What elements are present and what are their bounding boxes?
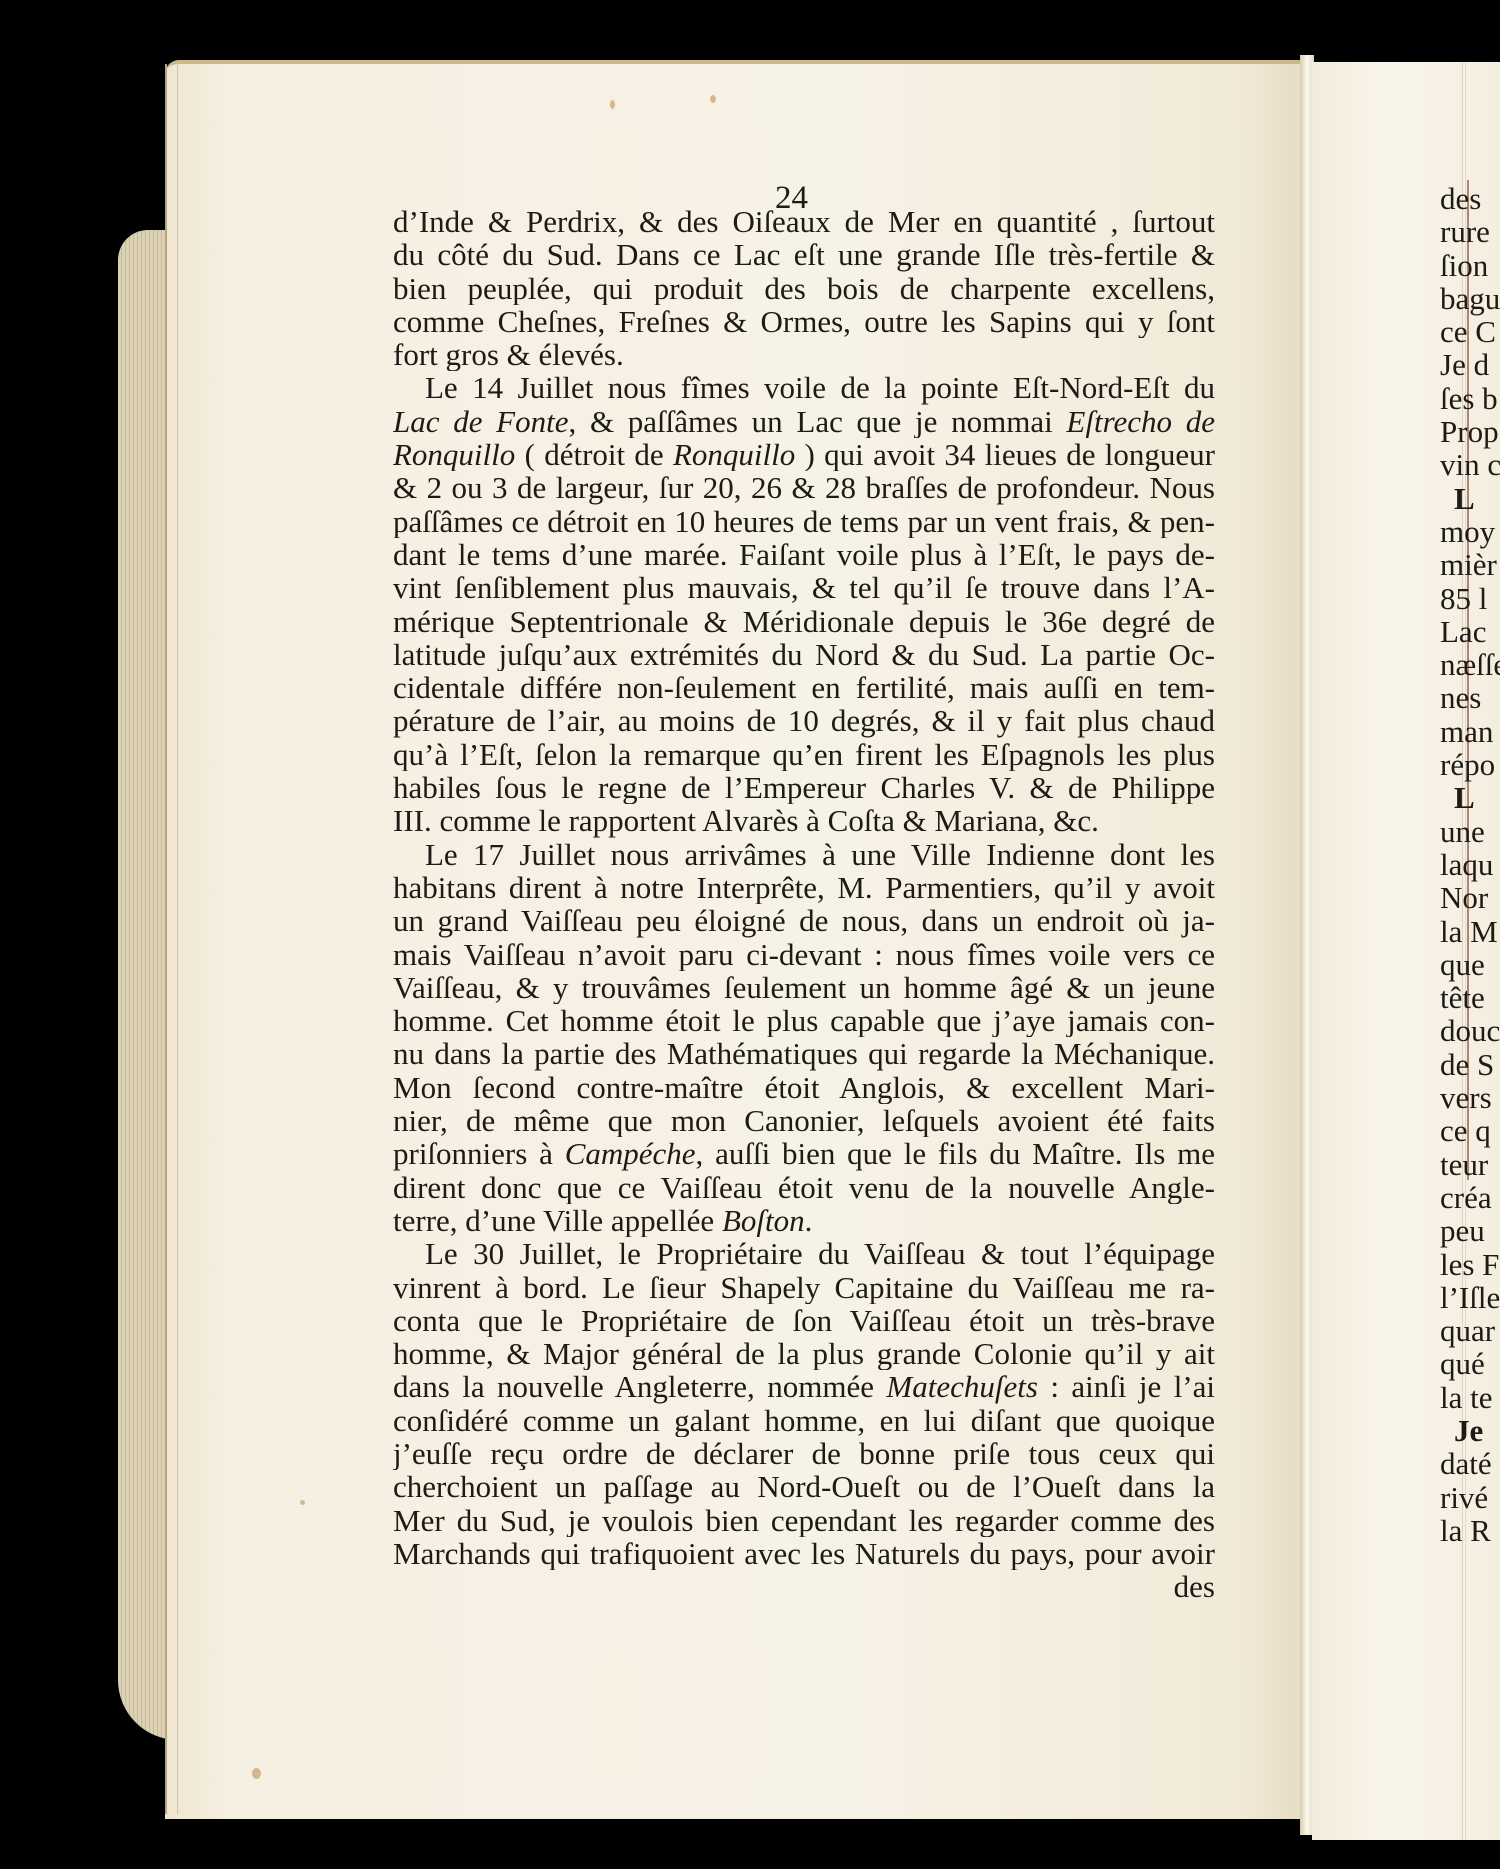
text-line: conſidéré comme un galant homme, en lui …: [393, 1404, 1215, 1437]
foxing-spot: [252, 1768, 261, 1779]
text-fragment: vin c: [1440, 448, 1500, 481]
text-line: du côté du Sud. Dans ce Lac eſt une gran…: [393, 238, 1215, 271]
text-fragment: la M: [1440, 915, 1500, 948]
text-line: bien peuplée, qui produit des bois de ch…: [393, 272, 1215, 305]
text-line: comme Cheſnes, Freſnes & Ormes, outre le…: [393, 305, 1215, 338]
left-page-text: d’Inde & Perdrix, & des Oiſeaux de Mer e…: [393, 205, 1215, 1603]
text-fragment: une: [1440, 815, 1500, 848]
text-line: homme, & Major général de la plus grande…: [393, 1337, 1215, 1370]
text-line: dant le tems d’une marée. Faiſant voile …: [393, 538, 1215, 571]
text-fragment: ce C: [1440, 315, 1500, 348]
text-line: Mon ſecond contre-maître étoit Anglois, …: [393, 1071, 1215, 1104]
text-fragment: bagu: [1440, 282, 1500, 315]
text-line: III. comme le rapportent Alvarès à Coſta…: [393, 804, 1215, 837]
text-fragment: qué: [1440, 1347, 1500, 1380]
text-line: habiles ſous le regne de l’Empereur Char…: [393, 771, 1215, 804]
text-line: Le 17 Juillet nous arrivâmes à une Ville…: [393, 838, 1215, 871]
text-line: nu dans la partie des Mathématiques qui …: [393, 1037, 1215, 1070]
text-line: Mer du Sud, je voulois bien cependant le…: [393, 1504, 1215, 1537]
text-line: paſſâmes ce détroit en 10 heures de tems…: [393, 505, 1215, 538]
text-line: vinrent à bord. Le ſieur Shapely Capitai…: [393, 1271, 1215, 1304]
text-fragment: Lac: [1440, 615, 1500, 648]
catchword: des: [393, 1570, 1215, 1603]
text-line: habitans dirent à notre Interprête, M. P…: [393, 871, 1215, 904]
text-fragment: la R: [1440, 1514, 1500, 1547]
text-fragment: 85 l: [1440, 582, 1500, 615]
text-fragment: man: [1440, 715, 1500, 748]
text-fragment: répo: [1440, 748, 1500, 781]
foxing-spot: [610, 100, 615, 109]
text-line: Ronquillo ( détroit de Ronquillo ) qui a…: [393, 438, 1215, 471]
text-fragment: Je: [1440, 1414, 1500, 1447]
text-fragment: vers: [1440, 1081, 1500, 1114]
text-line: nier, de même que mon Canonier, leſquels…: [393, 1104, 1215, 1137]
text-fragment: mièr: [1440, 548, 1500, 581]
text-fragment: peu: [1440, 1214, 1500, 1247]
text-line: cherchoient un paſſage au Nord-Oueſt ou …: [393, 1470, 1215, 1503]
left-page-border: [165, 64, 178, 1814]
text-line: Lac de Fonte, & paſſâmes un Lac que je n…: [393, 405, 1215, 438]
text-line: fort gros & élevés.: [393, 338, 1215, 371]
text-fragment: daté: [1440, 1447, 1500, 1480]
text-fragment: nes: [1440, 681, 1500, 714]
right-page-text-fragments: desrureſionbaguce CJe dſes bPropvin cLmo…: [1440, 182, 1500, 1547]
foxing-spot: [710, 95, 716, 103]
text-line: d’Inde & Perdrix, & des Oiſeaux de Mer e…: [393, 205, 1215, 238]
text-line: Marchands qui trafiquoient avec les Natu…: [393, 1537, 1215, 1570]
text-fragment: douc: [1440, 1014, 1500, 1047]
text-fragment: moy: [1440, 515, 1500, 548]
text-line: cidentale différe non-ſeulement en ferti…: [393, 671, 1215, 704]
text-fragment: L: [1440, 482, 1500, 515]
text-fragment: des: [1440, 182, 1500, 215]
text-fragment: la te: [1440, 1381, 1500, 1414]
text-fragment: rivé: [1440, 1481, 1500, 1514]
text-line: dirent donc que ce Vaiſſeau étoit venu d…: [393, 1171, 1215, 1204]
text-fragment: laqu: [1440, 848, 1500, 881]
foxing-spot: [300, 1500, 305, 1505]
text-line: pérature de l’air, au moins de 10 degrés…: [393, 704, 1215, 737]
text-fragment: que: [1440, 948, 1500, 981]
text-fragment: næſſe: [1440, 648, 1500, 681]
text-line: mérique Septentrionale & Méridionale dep…: [393, 605, 1215, 638]
text-fragment: Nor: [1440, 881, 1500, 914]
text-fragment: teur: [1440, 1148, 1500, 1181]
text-fragment: ce q: [1440, 1114, 1500, 1147]
text-fragment: l’Iſle: [1440, 1281, 1500, 1314]
text-line: qu’à l’Eſt, ſelon la remarque qu’en fire…: [393, 738, 1215, 771]
text-fragment: quar: [1440, 1314, 1500, 1347]
text-fragment: ſes b: [1440, 382, 1500, 415]
text-line: latitude juſqu’aux extrémités du Nord & …: [393, 638, 1215, 671]
text-fragment: Je d: [1440, 348, 1500, 381]
text-line: vint ſenſiblement plus mauvais, & tel qu…: [393, 571, 1215, 604]
text-line: mais Vaiſſeau n’avoit paru ci-devant : n…: [393, 938, 1215, 971]
text-fragment: les F: [1440, 1248, 1500, 1281]
text-line: Le 30 Juillet, le Propriétaire du Vaiſſe…: [393, 1237, 1215, 1270]
text-fragment: ſion: [1440, 249, 1500, 282]
text-line: terre, d’une Ville appellée Boſton.: [393, 1204, 1215, 1237]
text-fragment: tête: [1440, 981, 1500, 1014]
text-fragment: rure: [1440, 215, 1500, 248]
text-fragment: de S: [1440, 1048, 1500, 1081]
text-fragment: L: [1440, 781, 1500, 814]
text-line: Vaiſſeau, & y trouvâmes ſeulement un hom…: [393, 971, 1215, 1004]
text-fragment: Prop: [1440, 415, 1500, 448]
text-line: homme. Cet homme étoit le plus capable q…: [393, 1004, 1215, 1037]
text-line: Le 14 Juillet nous fîmes voile de la poi…: [393, 371, 1215, 404]
text-line: priſonniers à Campéche, auſſi bien que l…: [393, 1137, 1215, 1170]
text-line: j’euſſe reçu ordre de déclarer de bonne …: [393, 1437, 1215, 1470]
text-line: un grand Vaiſſeau peu éloigné de nous, d…: [393, 904, 1215, 937]
text-line: & 2 ou 3 de largeur, ſur 20, 26 & 28 bra…: [393, 471, 1215, 504]
text-line: dans la nouvelle Angleterre, nommée Mate…: [393, 1370, 1215, 1403]
text-line: conta que le Propriétaire de ſon Vaiſſea…: [393, 1304, 1215, 1337]
text-fragment: créa: [1440, 1181, 1500, 1214]
